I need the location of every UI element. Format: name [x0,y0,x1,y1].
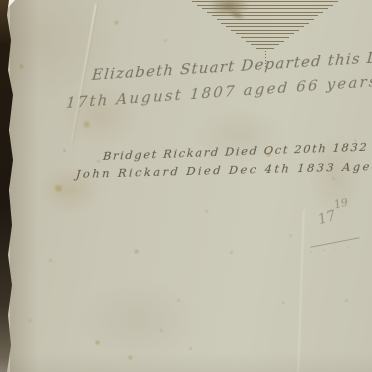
ornament-rule-line [217,19,314,20]
ornament-rule-line [256,48,275,49]
ornament-rule-line [226,26,303,27]
pencil-note-1: 19 [333,195,350,211]
ornament-rule-line [212,15,319,16]
ornament-rule-line [241,37,289,38]
ornament-rule-line [202,8,328,9]
ornament-rule-line [192,1,338,2]
pencil-note-2: 17 [316,208,338,228]
ornament-rule-line [236,33,294,34]
ornament-rule-line [221,23,308,24]
ornament-rule-line [246,41,284,42]
gutter-shadow [10,0,38,372]
ornament-rule-line [231,30,299,31]
paper-crease-right [297,210,304,372]
ornament-rule-line [251,44,279,45]
ornament-rule-line [197,5,333,6]
bottom-scan-shadow [0,352,372,372]
document-scan: Elizabeth Stuart Departed this Life 17th… [0,0,372,372]
ornament-rule-line [207,12,324,13]
inscription-line-3: Bridget Rickard Died Oct 20th 1832 Aged … [103,138,372,163]
